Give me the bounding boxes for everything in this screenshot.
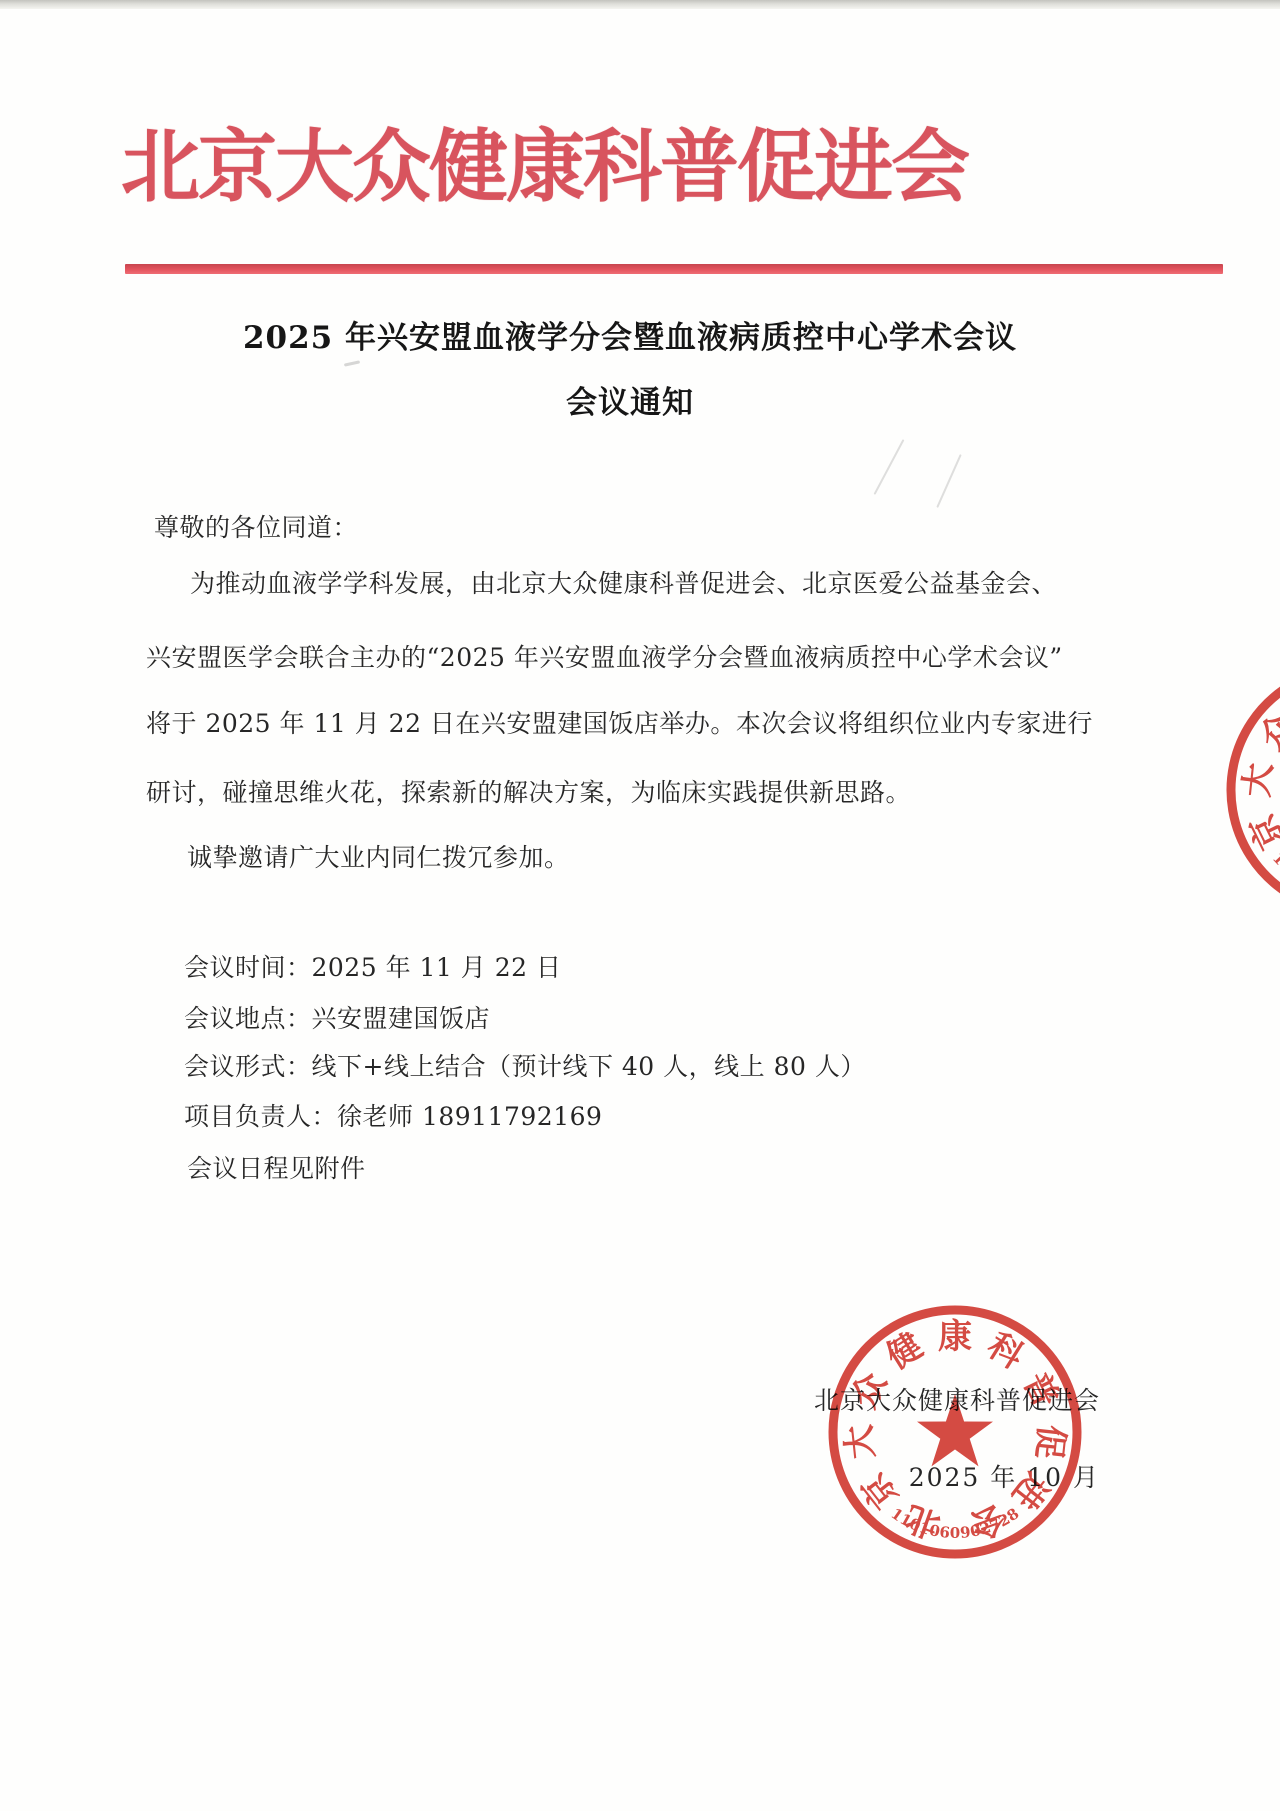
letterhead-org-name: 北京大众健康科普促进会 — [121, 122, 1161, 213]
paragraph2-invitation: 诚挚邀请广大业内同仁拨冗参加。 — [187, 838, 570, 874]
scan-scratch-artifact — [874, 439, 905, 495]
paragraph1-line4: 研讨，碰撞思维火花，探索新的解决方案，为临床实践提供新思路。 — [146, 773, 911, 809]
detail-agenda-note: 会议日程见附件 — [187, 1149, 366, 1185]
partial-seal-stamp-right-edge: 北京大众健康科普促进会1101060902728 — [1218, 655, 1280, 925]
svg-text:1: 1 — [1269, 849, 1280, 869]
svg-text:康: 康 — [938, 1317, 972, 1357]
letterhead-rule — [125, 264, 1223, 274]
paragraph1-line2: 兴安盟医学会联合主办的“2025 年兴安盟血液学分会暨血液病质控中心学术会议” — [146, 638, 1063, 674]
svg-text:大: 大 — [1237, 761, 1280, 799]
paragraph1-line3: 将于 2025 年 11 月 22 日在兴安盟建国饭店举办。本次会议将组织位业内… — [146, 704, 1093, 740]
salutation: 尊敬的各位同道： — [154, 508, 358, 544]
document-title-line2: 会议通知 — [130, 377, 1130, 422]
detail-meeting-time: 会议时间：2025 年 11 月 22 日 — [184, 948, 561, 984]
svg-text:促: 促 — [1028, 1423, 1071, 1461]
notice-document-page: 北京大众健康科普促进会 2025 年兴安盟血液学分会暨血液病质控中心学术会议 会… — [0, 0, 1280, 1811]
document-title-line1: 2025 年兴安盟血液学分会暨血液病质控中心学术会议 — [130, 312, 1130, 357]
official-seal-stamp: 北京大众健康科普促进会1101060902728 — [820, 1297, 1090, 1567]
paragraph1-line1: 为推动血液学学科发展，由北京大众健康科普促进会、北京医爱公益基金会、 — [190, 564, 1057, 600]
scan-edge-artifact — [0, 0, 1280, 9]
svg-text:大: 大 — [839, 1423, 882, 1461]
detail-meeting-place: 会议地点：兴安盟建国饭店 — [184, 999, 490, 1035]
detail-meeting-format: 会议形式：线下+线上结合（预计线下 40 人，线上 80 人） — [184, 1047, 866, 1083]
detail-project-manager: 项目负责人：徐老师 18911792169 — [184, 1097, 602, 1133]
scan-smudge-artifact — [344, 360, 360, 366]
scan-scratch-artifact — [936, 454, 961, 508]
